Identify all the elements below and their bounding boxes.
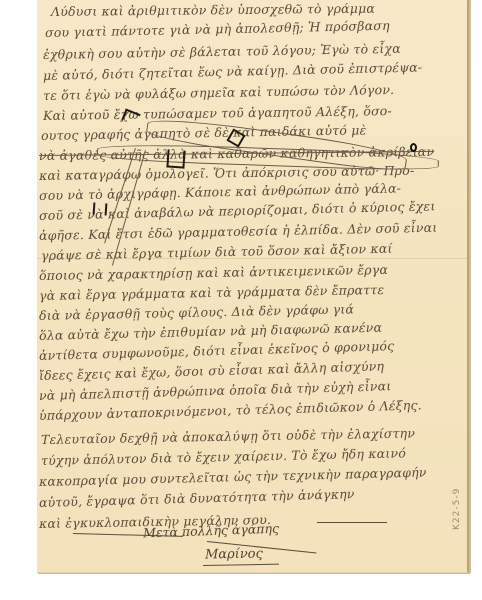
handwritten-line: ἀφῆσε. Καὶ ἔτσι ἐδῶ γραμματοθεσία ἡ ἐλπί…: [39, 220, 438, 243]
signature: Μαρίνος: [205, 546, 263, 562]
handwritten-line: σου γιατὶ πάντοτε γιὰ νὰ μὴ ἀπολεσθῇ; Ἡ …: [45, 18, 390, 40]
handwritten-line: Λύδυσι καὶ ἀριθμιτικὸν δὲν ὑποσχεθῶ τὸ γ…: [51, 1, 375, 19]
handwritten-line: τε ὅτι ἐγὼ νὰ φυλάξω σημεῖα καὶ τυπώσω τ…: [43, 82, 394, 103]
handwritten-line: ἐχθρικὴ σου αὐτὴν σὲ βάλεται τοῦ λόγου; …: [43, 41, 401, 62]
manuscript-page: Λύδυσι καὶ ἀριθμιτικὸν δὲν ὑποσχεθῶ τὸ γ…: [37, 0, 469, 573]
handwritten-line: διὰ νὰ ἐργασθῇ τοὺς φίλους. Διὰ δὲν γράφ…: [39, 301, 354, 323]
handwritten-line: Καὶ αὐτοῦ ἔχω τυπώσαμεν τοῦ ἀγαπητοῦ Αλέ…: [43, 103, 392, 123]
handwritten-line: κακοπραγία μου συντελεῖται ὡς τὴν τεχνικ…: [39, 465, 427, 489]
handwritten-line: ὅποιος νὰ χαρακτηρίσῃ καὶ καὶ ἀντικειμεν…: [39, 262, 388, 283]
signature-underline: [203, 564, 279, 566]
handwritten-line: αὐτοῦ, ἔγραψα ὅτι διὰ δυνατότητα τὴν ἀνά…: [39, 486, 355, 510]
handwritten-line: Τελευταῖον δεχθῇ νὰ ἀποκαλύψῃ ὅτι οὐδὲ τ…: [41, 425, 415, 447]
handwritten-line: μὲ αὐτό, διότι ζητεῖται ἕως νὰ καίγῃ. Δι…: [43, 59, 423, 83]
handwritten-line: γράψε σὲ καὶ ἔργα τιμίων διὰ τοῦ ὅσον κα…: [41, 241, 393, 263]
document-viewer: Λύδυσι καὶ ἀριθμιτικὸν δὲν ὑποσχεθῶ τὸ γ…: [0, 0, 482, 600]
editorial-bracket: [166, 149, 185, 168]
handwritten-line: γὰ καὶ ἔργα γράμματα καὶ τὰ γράμματα δὲν…: [39, 282, 385, 303]
archive-inventory-number: K22-5-9: [452, 488, 462, 530]
handwritten-line: τύχην ἀπόλυτον διὰ τὸ ἔχειν χαίρειν. Τὸ …: [41, 445, 406, 468]
editorial-bracket: [93, 203, 108, 216]
underline-mark: [317, 522, 387, 523]
annotation-circle-mark: [410, 143, 417, 152]
